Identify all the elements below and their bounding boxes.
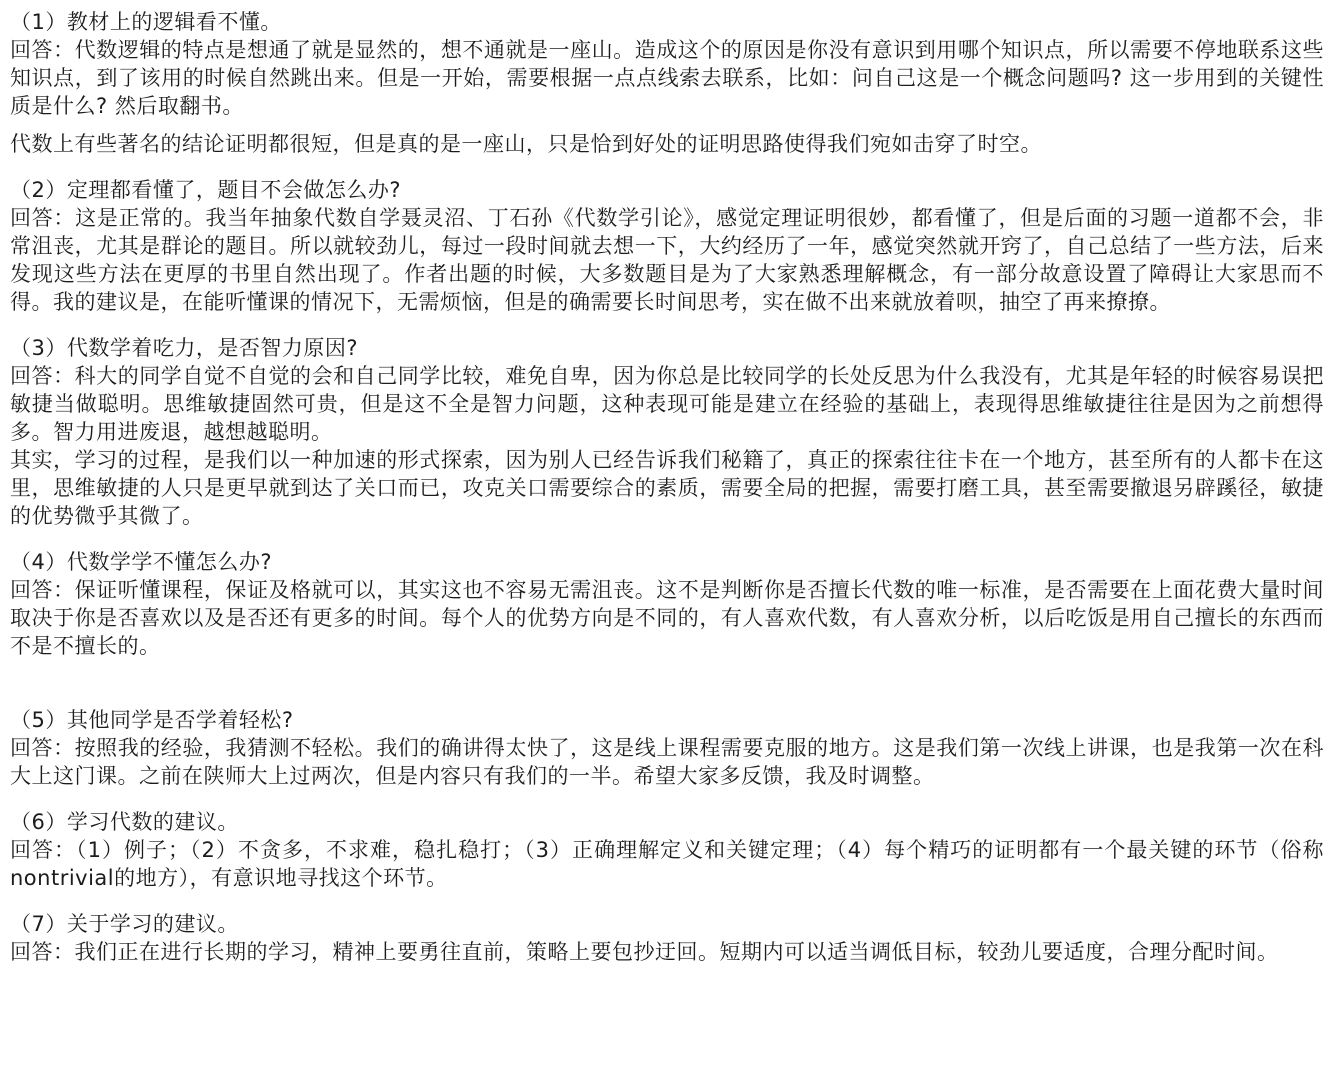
qa-sections: （1）教材上的逻辑看不懂。回答：代数逻辑的特点是想通了就是显然的，想不通就是一座… (10, 8, 1324, 966)
answer-paragraph: 回答：科大的同学自觉不自觉的会和自己同学比较，难免自卑，因为你总是比较同学的长处… (10, 362, 1324, 446)
answer-paragraph: 回答：代数逻辑的特点是想通了就是显然的，想不通就是一座山。造成这个的原因是你没有… (10, 36, 1324, 120)
question-line: （2）定理都看懂了，题目不会做怎么办? (10, 176, 1324, 204)
answer-paragraph: 回答：按照我的经验，我猜测不轻松。我们的确讲得太快了，这是线上课程需要克服的地方… (10, 734, 1324, 790)
qa-section: （2）定理都看懂了，题目不会做怎么办?回答：这是正常的。我当年抽象代数自学聂灵沼… (10, 176, 1324, 316)
question-line: （4）代数学学不懂怎么办? (10, 548, 1324, 576)
question-line: （7）关于学习的建议。 (10, 910, 1324, 938)
qa-section: （7）关于学习的建议。回答：我们正在进行长期的学习，精神上要勇往直前，策略上要包… (10, 910, 1324, 966)
question-line: （5）其他同学是否学着轻松? (10, 706, 1324, 734)
question-line: （3）代数学着吃力，是否智力原因? (10, 334, 1324, 362)
answer-paragraph: 回答：这是正常的。我当年抽象代数自学聂灵沼、丁石孙《代数学引论》，感觉定理证明很… (10, 204, 1324, 316)
answer-paragraph: 回答：（1）例子；（2）不贪多，不求难，稳扎稳打；（3）正确理解定义和关键定理；… (10, 836, 1324, 892)
answer-paragraph: 回答：保证听懂课程，保证及格就可以，其实这也不容易无需沮丧。这不是判断你是否擅长… (10, 576, 1324, 660)
qa-section: （5）其他同学是否学着轻松?回答：按照我的经验，我猜测不轻松。我们的确讲得太快了… (10, 706, 1324, 790)
qa-section: （6）学习代数的建议。回答：（1）例子；（2）不贪多，不求难，稳扎稳打；（3）正… (10, 808, 1324, 892)
qa-document-page: （1）教材上的逻辑看不懂。回答：代数逻辑的特点是想通了就是显然的，想不通就是一座… (0, 0, 1334, 1080)
answer-paragraph: 代数上有些著名的结论证明都很短，但是真的是一座山，只是恰到好处的证明思路使得我们… (10, 130, 1324, 158)
qa-section: （3）代数学着吃力，是否智力原因?回答：科大的同学自觉不自觉的会和自己同学比较，… (10, 334, 1324, 530)
answer-paragraph: 回答：我们正在进行长期的学习，精神上要勇往直前，策略上要包抄迂回。短期内可以适当… (10, 938, 1324, 966)
qa-section: （1）教材上的逻辑看不懂。回答：代数逻辑的特点是想通了就是显然的，想不通就是一座… (10, 8, 1324, 158)
question-line: （1）教材上的逻辑看不懂。 (10, 8, 1324, 36)
answer-paragraph: 其实，学习的过程，是我们以一种加速的形式探索，因为别人已经告诉我们秘籍了，真正的… (10, 446, 1324, 530)
qa-section: （4）代数学学不懂怎么办?回答：保证听懂课程，保证及格就可以，其实这也不容易无需… (10, 548, 1324, 660)
question-line: （6）学习代数的建议。 (10, 808, 1324, 836)
